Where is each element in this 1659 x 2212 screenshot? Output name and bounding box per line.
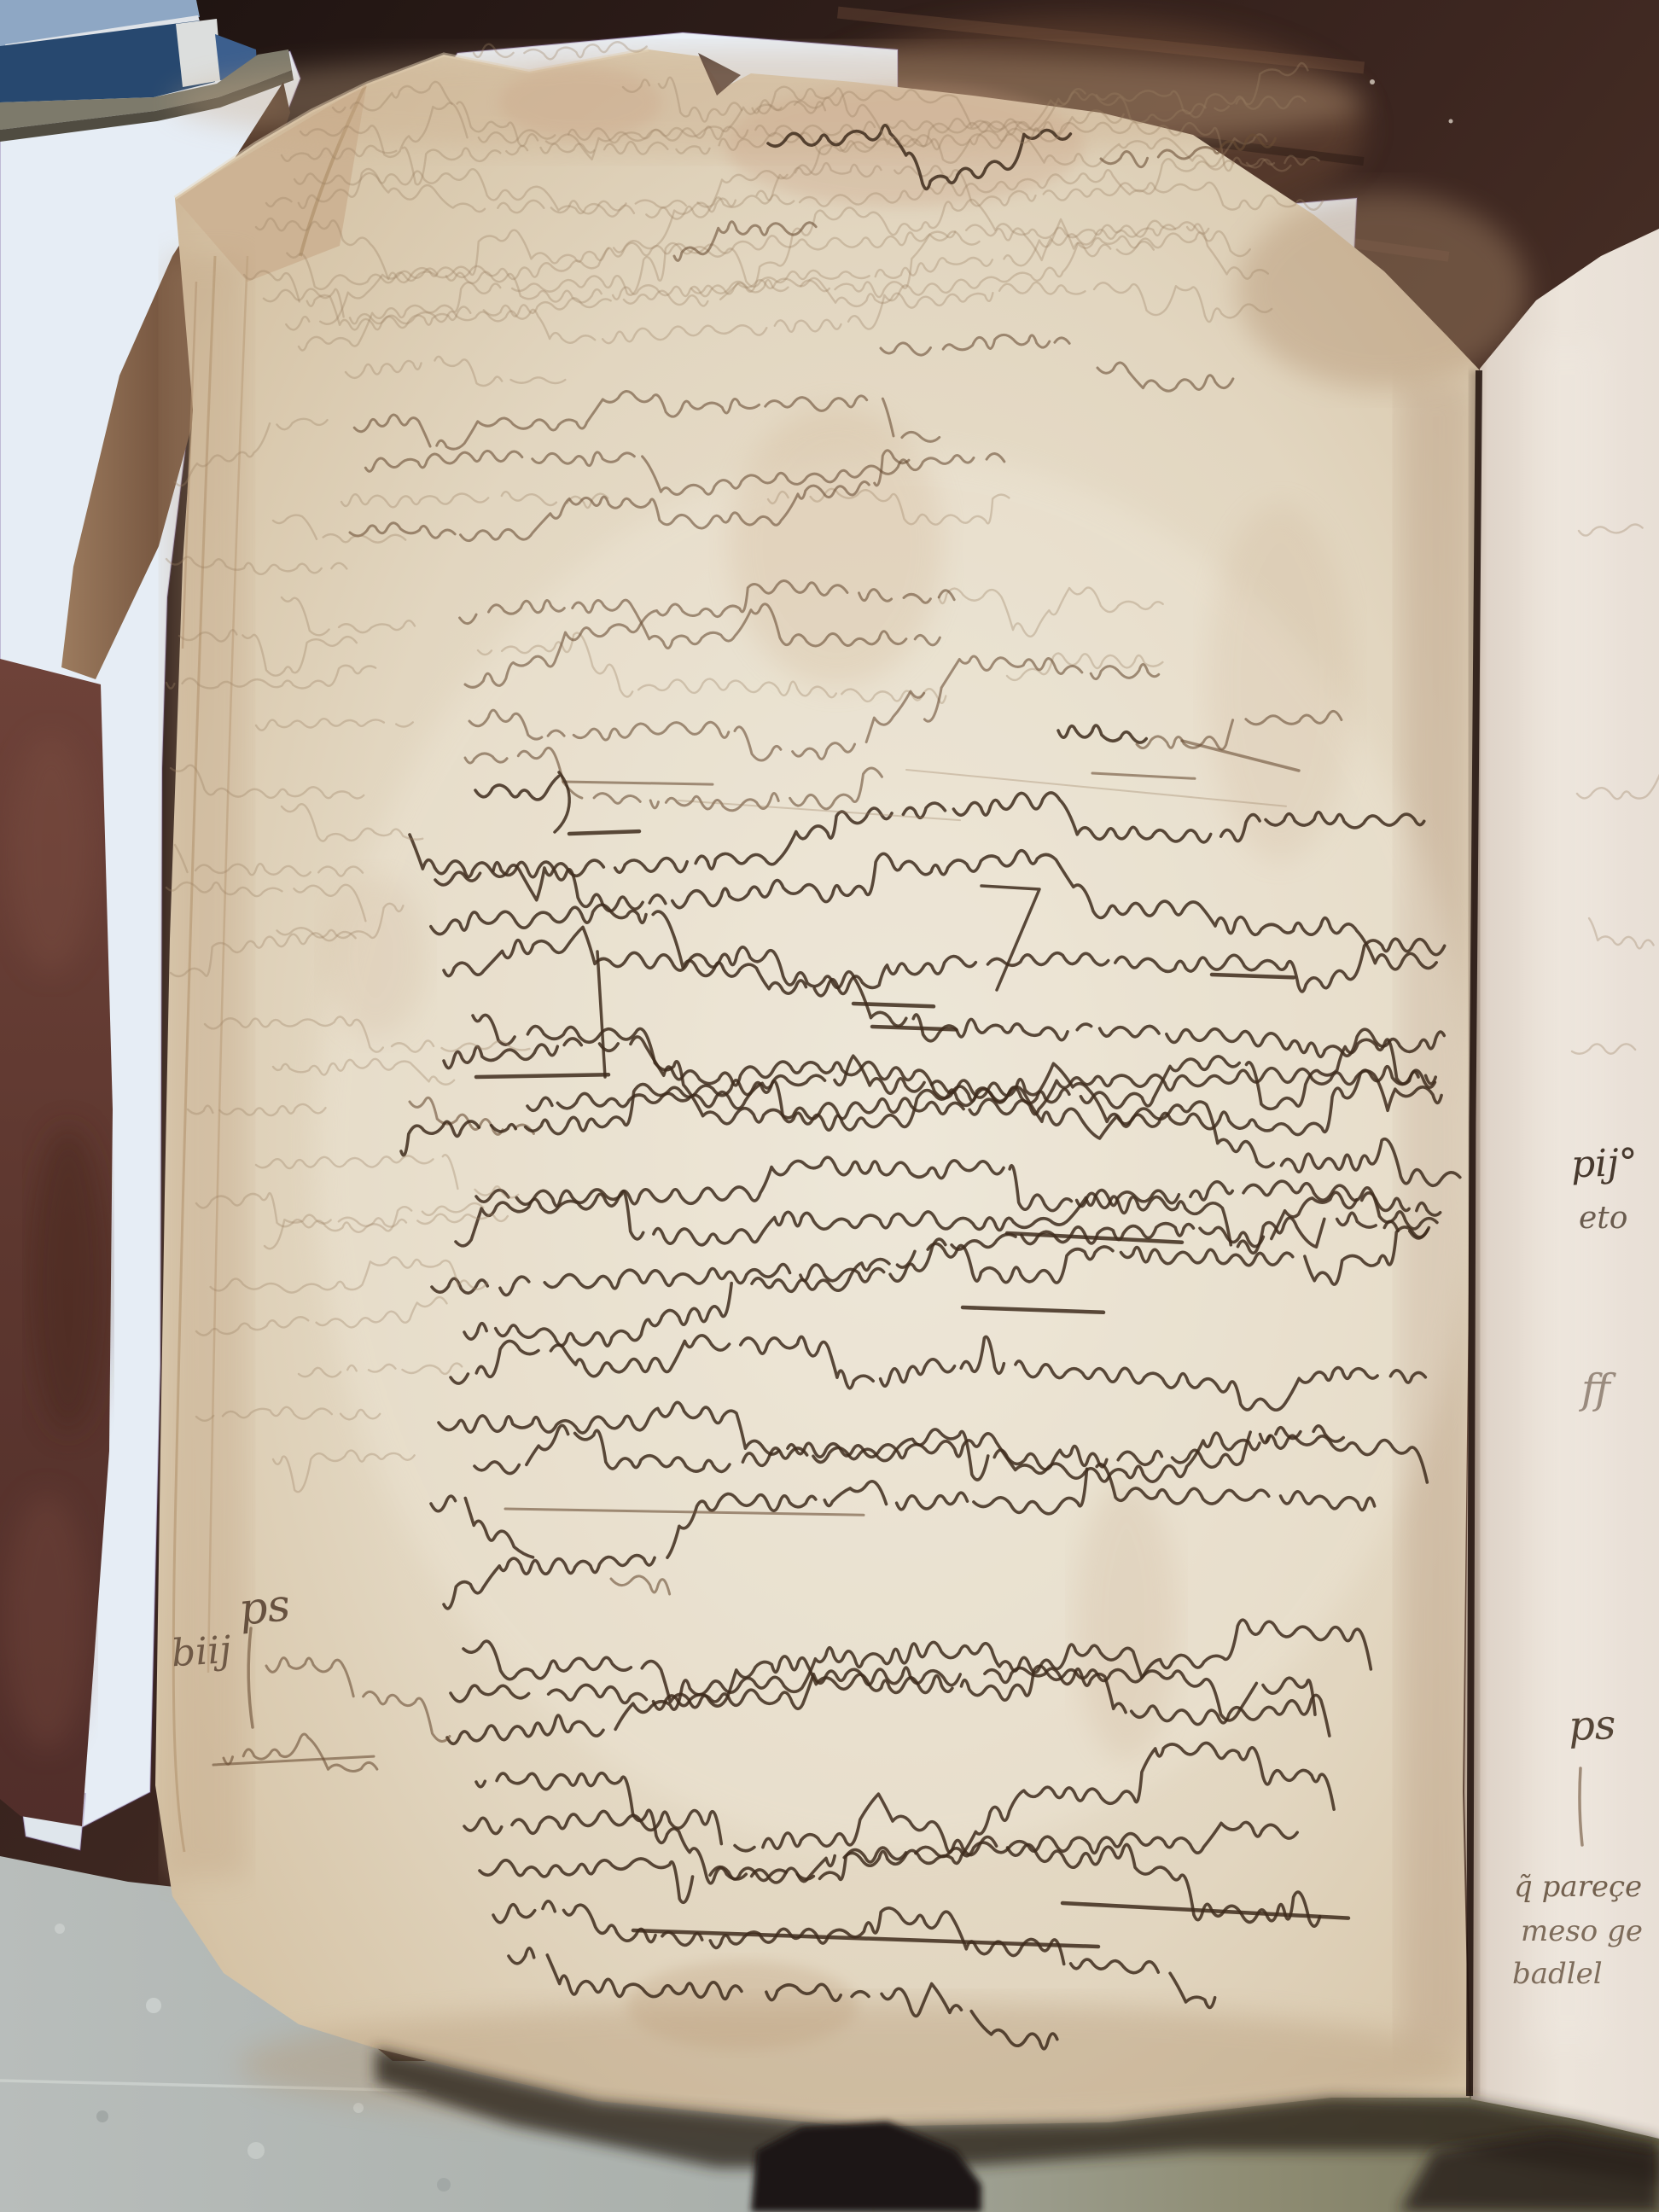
right-margin-note-line3: badlel [1512, 1959, 1603, 1988]
ink-stroke [476, 1074, 608, 1077]
manuscript-left-page [155, 49, 1528, 2129]
right-margin-note-ps: ps [1568, 1704, 1616, 1747]
right-margin-note-line2: meso ge [1521, 1917, 1643, 1946]
ink-stroke [569, 831, 639, 834]
right-margin-note-line1: q̃ pareçe [1514, 1872, 1642, 1901]
binder-pages-edge [176, 19, 222, 87]
manuscript-photo: ps biij pij° eto ff ps q̃ pareçe meso ge… [0, 0, 1659, 2212]
left-margin-note-ps: ps [236, 1583, 292, 1633]
right-margin-note-ff: ff [1581, 1369, 1610, 1410]
photo-scene [0, 0, 1659, 2212]
right-margin-note-pij: pij° [1570, 1144, 1638, 1185]
left-margin-note-biij: biij [171, 1632, 233, 1674]
right-margin-note-eto: eto [1579, 1203, 1627, 1234]
